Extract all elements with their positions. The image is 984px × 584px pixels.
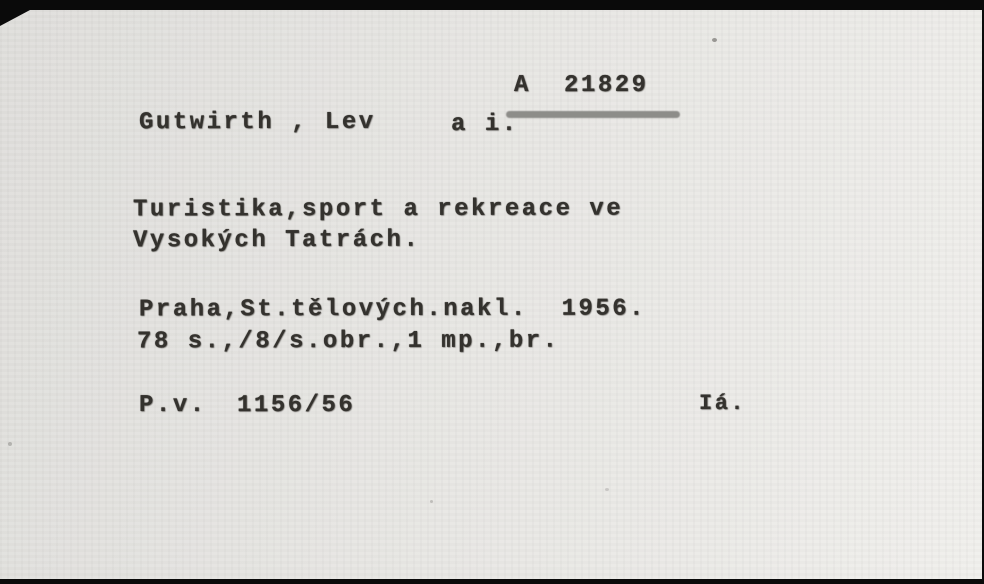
accession-number: 1156/56 xyxy=(237,390,355,421)
library-catalog-card: A 21829 Gutwirth , Lev a i. Turistika,sp… xyxy=(0,10,982,579)
call-number-underline xyxy=(506,111,680,118)
author-etal-abbreviation: a i. xyxy=(451,109,519,140)
imprint-line: Praha,St.tělových.nakl. 1956. xyxy=(139,294,646,326)
call-number: 21829 xyxy=(564,70,649,101)
author-name: Gutwirth , Lev xyxy=(139,107,376,138)
cataloguer-initials: Iá. xyxy=(699,388,746,419)
title-line-2: Vysokých Tatrách. xyxy=(133,225,420,257)
call-number-series-letter: A xyxy=(514,70,531,101)
paper-speck xyxy=(605,488,609,491)
scanned-page: A 21829 Gutwirth , Lev a i. Turistika,sp… xyxy=(0,0,984,584)
title-line-1: Turistika,sport a rekreace ve xyxy=(133,194,623,226)
paper-speck xyxy=(712,38,717,42)
accession-label: P.v. xyxy=(139,390,207,421)
collation-line: 78 s.,/8/s.obr.,1 mp.,br. xyxy=(137,326,560,358)
paper-speck xyxy=(430,500,433,503)
paper-speck xyxy=(8,442,12,446)
